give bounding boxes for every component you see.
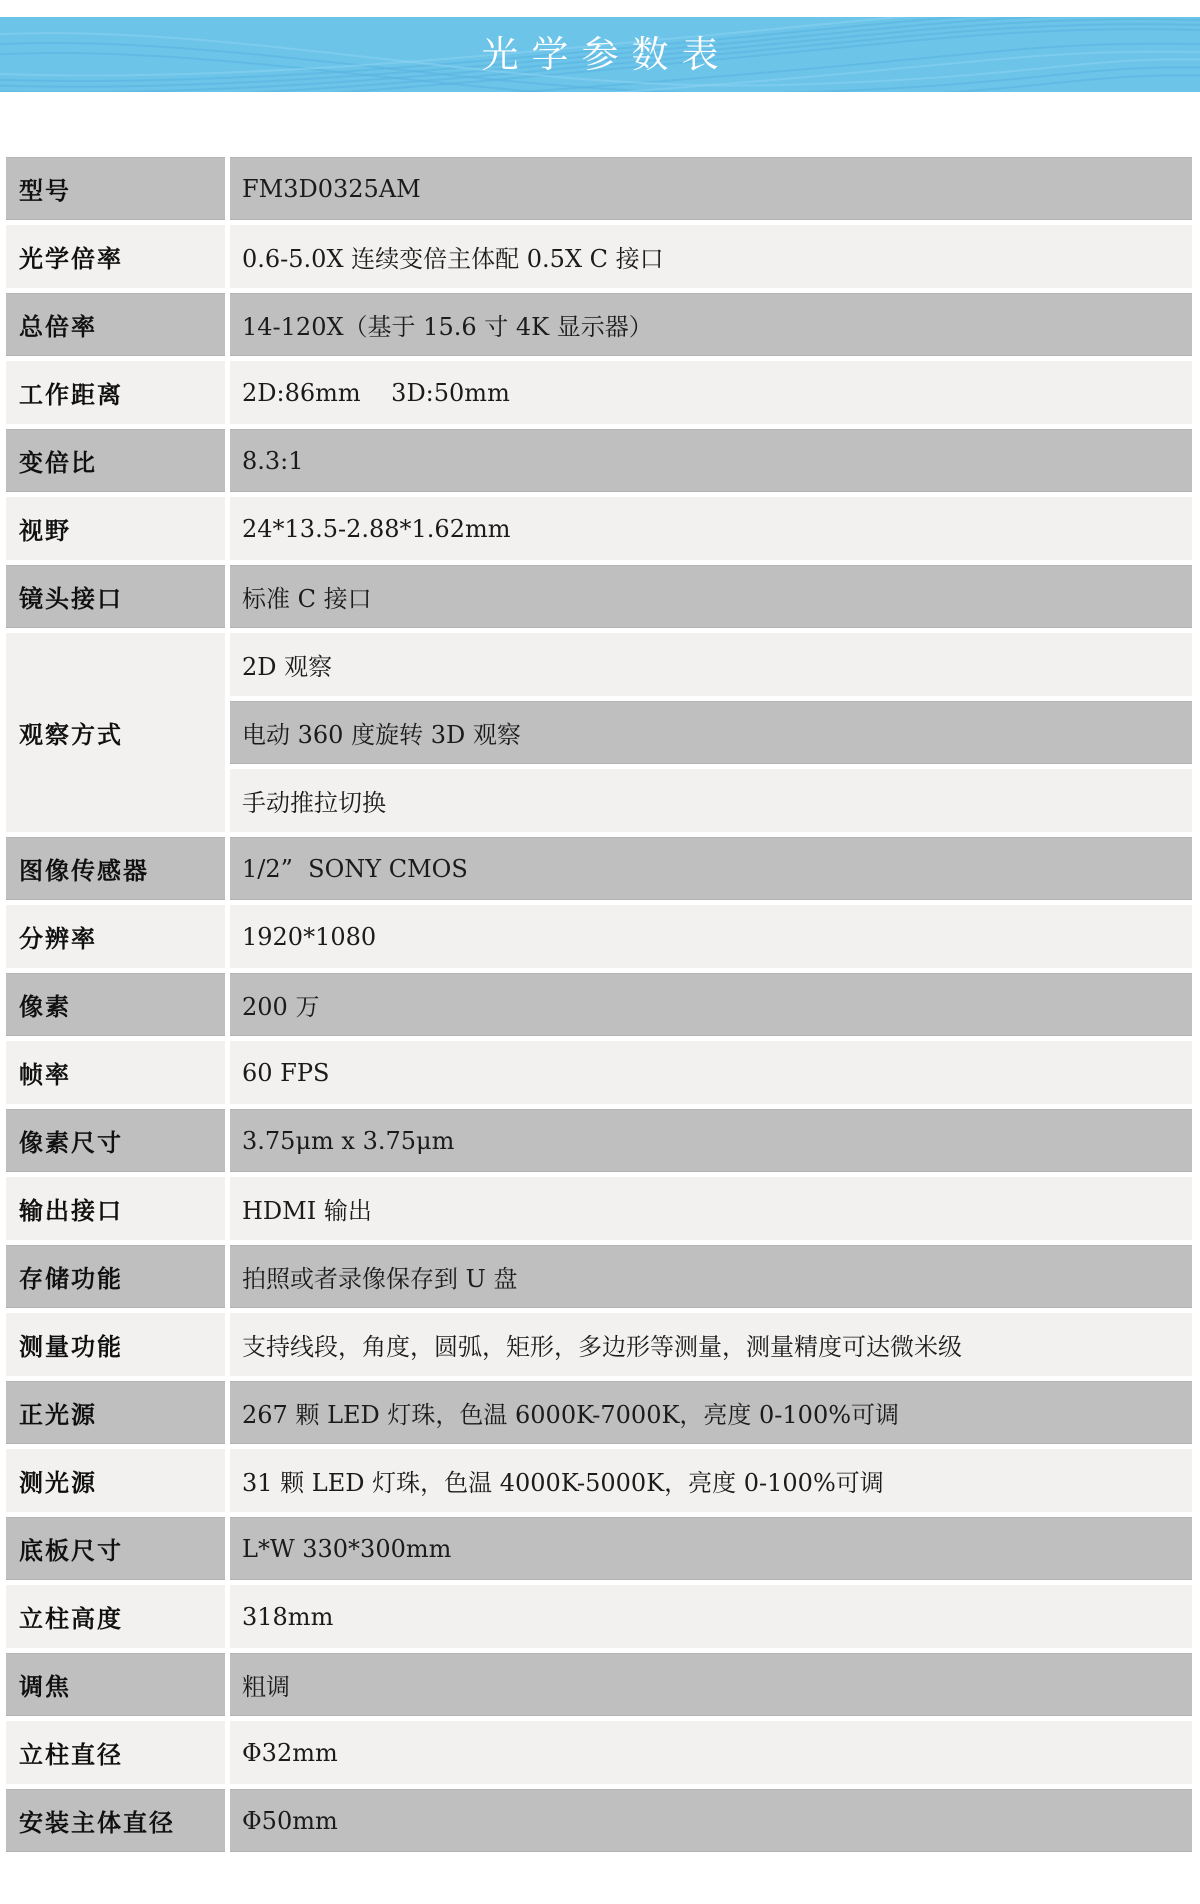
spec-value: FM3D0325AM bbox=[230, 157, 1192, 220]
spec-value: 1920*1080 bbox=[230, 905, 1192, 968]
spec-label: 底板尺寸 bbox=[6, 1517, 225, 1580]
spec-label: 视野 bbox=[6, 497, 225, 560]
spec-label: 图像传感器 bbox=[6, 837, 225, 900]
spec-label: 帧率 bbox=[6, 1041, 225, 1104]
spec-label: 分辨率 bbox=[6, 905, 225, 968]
spec-value: 电动 360 度旋转 3D 观察 bbox=[230, 701, 1192, 764]
spec-value: Φ50mm bbox=[230, 1789, 1192, 1852]
spec-label: 测量功能 bbox=[6, 1313, 225, 1376]
spec-table: 型号FM3D0325AM光学倍率0.6-5.0X 连续变倍主体配 0.5X C … bbox=[6, 157, 1198, 1852]
header-banner: 光学参数表 bbox=[0, 17, 1200, 92]
spec-value: 2D 观察 bbox=[230, 633, 1192, 696]
spec-value: 1/2” SONY CMOS bbox=[230, 837, 1192, 900]
spec-value: 标准 C 接口 bbox=[230, 565, 1192, 628]
spec-label: 型号 bbox=[6, 157, 225, 220]
spec-value: 2D:86mm 3D:50mm bbox=[230, 361, 1192, 424]
spec-value: HDMI 输出 bbox=[230, 1177, 1192, 1240]
spec-label: 正光源 bbox=[6, 1381, 225, 1444]
spec-value: 8.3:1 bbox=[230, 429, 1192, 492]
spec-label: 测光源 bbox=[6, 1449, 225, 1512]
spec-label: 安装主体直径 bbox=[6, 1789, 225, 1852]
spec-label: 总倍率 bbox=[6, 293, 225, 356]
spec-value: 14-120X（基于 15.6 寸 4K 显示器） bbox=[230, 293, 1192, 356]
spec-label: 镜头接口 bbox=[6, 565, 225, 628]
spec-label: 存储功能 bbox=[6, 1245, 225, 1308]
spec-label: 光学倍率 bbox=[6, 225, 225, 288]
spec-label: 输出接口 bbox=[6, 1177, 225, 1240]
spec-label: 像素尺寸 bbox=[6, 1109, 225, 1172]
spec-value: 3.75μm x 3.75μm bbox=[230, 1109, 1192, 1172]
spec-value: 0.6-5.0X 连续变倍主体配 0.5X C 接口 bbox=[230, 225, 1192, 288]
spec-value: 60 FPS bbox=[230, 1041, 1192, 1104]
spec-label: 调焦 bbox=[6, 1653, 225, 1716]
spec-value: 粗调 bbox=[230, 1653, 1192, 1716]
spec-value: 318mm bbox=[230, 1585, 1192, 1648]
spec-label: 工作距离 bbox=[6, 361, 225, 424]
spec-label: 像素 bbox=[6, 973, 225, 1036]
spec-label: 变倍比 bbox=[6, 429, 225, 492]
spec-value: 手动推拉切换 bbox=[230, 769, 1192, 832]
page-title: 光学参数表 bbox=[0, 17, 1200, 92]
spec-label: 立柱直径 bbox=[6, 1721, 225, 1784]
spec-value: 267 颗 LED 灯珠，色温 6000K-7000K，亮度 0-100%可调 bbox=[230, 1381, 1192, 1444]
spec-value: 24*13.5-2.88*1.62mm bbox=[230, 497, 1192, 560]
spec-label: 观察方式 bbox=[6, 633, 225, 832]
spec-value: Φ32mm bbox=[230, 1721, 1192, 1784]
spec-value: 31 颗 LED 灯珠，色温 4000K-5000K，亮度 0-100%可调 bbox=[230, 1449, 1192, 1512]
spec-value: 拍照或者录像保存到 U 盘 bbox=[230, 1245, 1192, 1308]
spec-value: 支持线段，角度，圆弧，矩形，多边形等测量，测量精度可达微米级 bbox=[230, 1313, 1192, 1376]
spec-value: 200 万 bbox=[230, 973, 1192, 1036]
spec-label: 立柱高度 bbox=[6, 1585, 225, 1648]
spec-value: L*W 330*300mm bbox=[230, 1517, 1192, 1580]
